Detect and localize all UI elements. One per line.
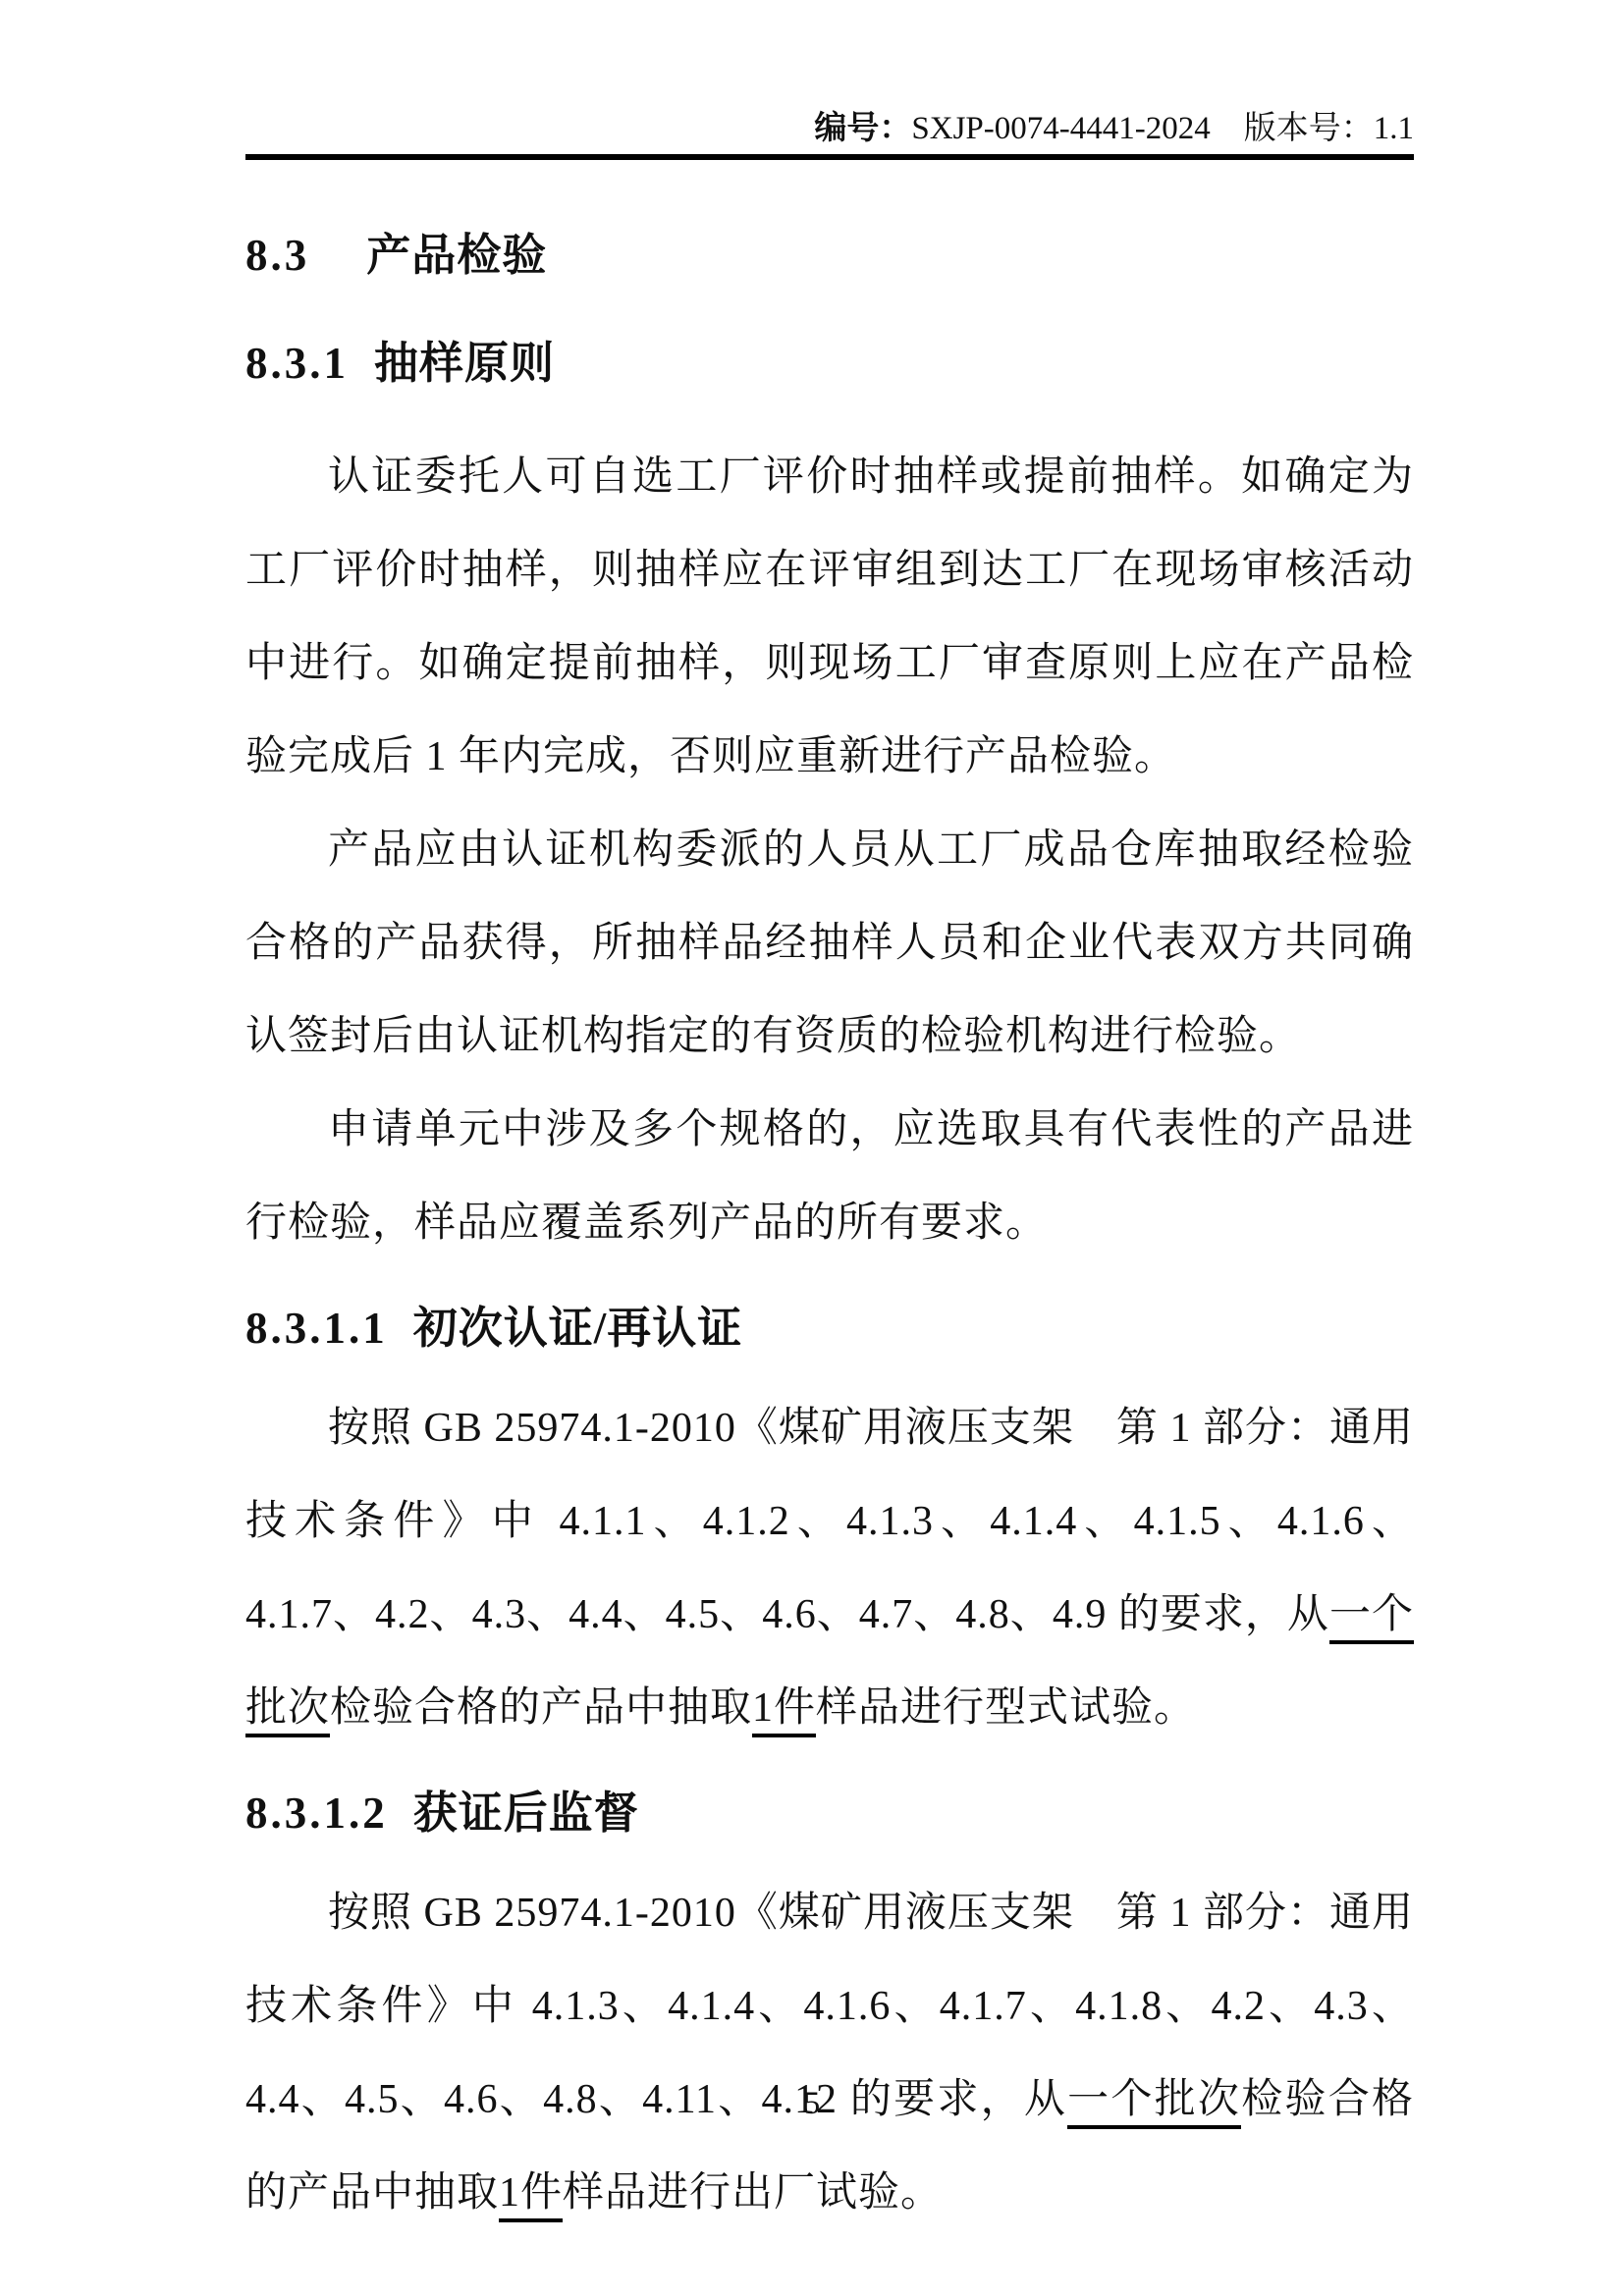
doc-version-value: 1.1: [1374, 111, 1414, 146]
section-heading-8-3-1-1: 8.3.1.1初次认证/再认证: [245, 1302, 1414, 1355]
section-number: 8.3.1.1: [245, 1304, 388, 1353]
doc-code-label: 编号：: [814, 111, 911, 146]
underlined-text: 1件: [499, 2170, 563, 2222]
text-segment: 按照 GB 25974.1-2010《煤矿用液压支架 第 1 部分：通用技术条件…: [245, 1406, 1414, 1637]
header-divider-rule: [245, 154, 1414, 160]
section-heading-8-3-1: 8.3.1抽样原则: [245, 337, 1414, 390]
doc-code-value: SXJP-0074-4441-2024: [911, 111, 1210, 146]
text-segment: 检验合格的产品中抽取: [330, 1685, 752, 1731]
section-number: 8.3: [245, 231, 309, 280]
section-title: 初次认证/再认证: [413, 1304, 743, 1353]
document-header: 编号：SXJP-0074-4441-2024版本号：1.1: [245, 0, 1414, 149]
paragraph-initial-certification: 按照 GB 25974.1-2010《煤矿用液压支架 第 1 部分：通用技术条件…: [245, 1382, 1414, 1755]
section-title: 抽样原则: [374, 339, 555, 388]
section-heading-8-3-1-2: 8.3.1.2获证后监督: [245, 1787, 1414, 1840]
section-number: 8.3.1: [245, 339, 349, 388]
paragraph-sampling-1: 认证委托人可自选工厂评价时抽样或提前抽样。如确定为工厂评价时抽样，则抽样应在评审…: [245, 431, 1414, 804]
section-title: 产品检验: [366, 231, 547, 280]
underlined-text: 1件: [752, 1685, 816, 1737]
page-number: 5: [0, 2086, 1624, 2122]
paragraph-sampling-2: 产品应由认证机构委派的人员从工厂成品仓库抽取经检验合格的产品获得，所抽样品经抽样…: [245, 804, 1414, 1084]
paragraph-post-certification: 按照 GB 25974.1-2010《煤矿用液压支架 第 1 部分：通用技术条件…: [245, 1867, 1414, 2240]
paragraph-sampling-3: 申请单元中涉及多个规格的，应选取具有代表性的产品进行检验，样品应覆盖系列产品的所…: [245, 1084, 1414, 1270]
section-heading-8-3: 8.3产品检验: [245, 229, 1414, 282]
section-number: 8.3.1.2: [245, 1789, 388, 1838]
document-page: 编号：SXJP-0074-4441-2024版本号：1.1 8.3产品检验 8.…: [0, 0, 1624, 2296]
text-segment: 样品进行出厂试验。: [563, 2170, 943, 2216]
text-segment: 样品进行型式试验。: [816, 1685, 1196, 1731]
doc-version-label: 版本号：: [1244, 111, 1374, 146]
section-title: 获证后监督: [413, 1789, 639, 1838]
